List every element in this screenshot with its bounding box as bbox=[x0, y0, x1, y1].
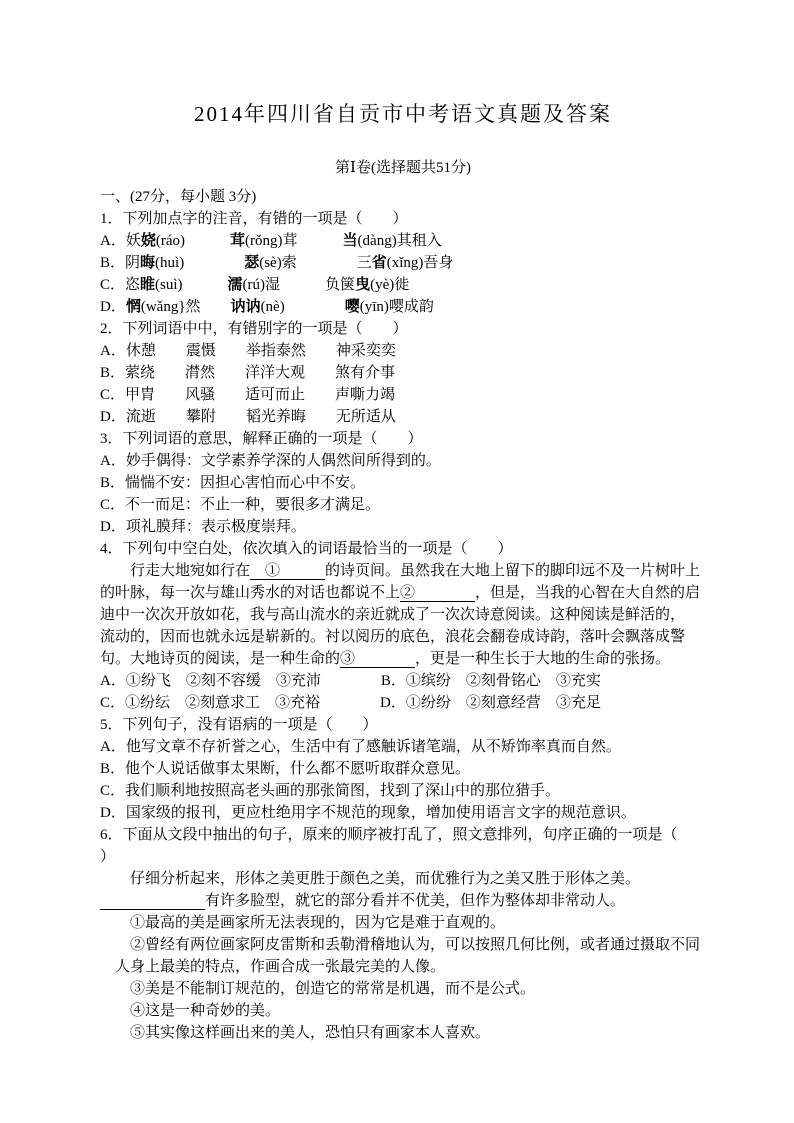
text-run: 1．下列加点字的注音，有错的一项是（ ） bbox=[100, 211, 408, 227]
text-run: A．①纷飞 ②刻不容缓 ③充沛 B．①缤纷 ②刻骨铭心 ③充实 bbox=[100, 673, 601, 689]
text-run: ①最高的美是画家所无法表现的，因为它是难于直观的。 bbox=[130, 915, 505, 931]
text-run: (huì) bbox=[155, 255, 244, 271]
text-run: 4．下列句中空白处，依次填入的词语最恰当的一项是（ ） bbox=[100, 541, 513, 557]
text-line: B．阴晦(huì) 瑟(sè)索 三省(xǐng)吾身 bbox=[100, 252, 706, 274]
text-run: ） bbox=[100, 849, 115, 865]
annotated-term: 晦 bbox=[140, 255, 155, 271]
annotated-term: 曳 bbox=[355, 277, 370, 293]
text-run: 迪中一次次开放如花，我与高山流水的亲近就成了一次次诗意阅读。这种阅读是鲜活的， bbox=[100, 607, 685, 623]
text-run: 句。大地诗页的阅读，是一种生命的 bbox=[100, 651, 340, 667]
text-run: A．妙手偶得：文学素养学深的人偶然间所得到的。 bbox=[100, 453, 441, 469]
text-run: (suì) bbox=[155, 277, 228, 293]
text-run: (ráo) bbox=[156, 233, 230, 249]
text-run: ④这是一种奇妙的美。 bbox=[130, 1003, 280, 1019]
text-line: ） bbox=[100, 846, 706, 868]
annotated-term: 瑟 bbox=[244, 255, 259, 271]
text-run: 行走大地宛如行在 bbox=[130, 563, 250, 579]
annotated-term: 嘤 bbox=[345, 299, 360, 315]
text-line: 1．下列加点字的注音，有错的一项是（ ） bbox=[100, 208, 706, 230]
text-run: A．他写文章不存祈誉之心，生活中有了感触诉诸笔端，从不矫饰率真而自然。 bbox=[100, 739, 621, 755]
text-run: C．不一而足：不止一种，要很多才满足。 bbox=[100, 497, 380, 513]
text-line: 有许多脸型，就它的部分看并不优美，但作为整体却非常动人。 bbox=[100, 890, 706, 912]
document-body: 一、(27分，每小题 3分)1．下列加点字的注音，有错的一项是（ ）A．妖娆(r… bbox=[100, 186, 706, 1044]
annotated-term: 当 bbox=[343, 233, 358, 249]
text-run: (yè)徙 bbox=[370, 277, 409, 293]
document-title: 2014年四川省自贡市中考语文真题及答案 bbox=[100, 100, 706, 128]
text-run: D．国家级的报刊，更应杜绝用字不规范的现象，增加使用语言文字的规范意识。 bbox=[100, 805, 636, 821]
annotated-term: 睢 bbox=[140, 277, 155, 293]
annotated-term: 惘 bbox=[126, 299, 141, 315]
text-run: A．休憩 震慑 举指泰然 神采奕奕 bbox=[100, 343, 396, 359]
text-run: 3．下列词语的意思，解释正确的一项是（ ） bbox=[100, 431, 423, 447]
text-run: (yīn)嘤成韵 bbox=[360, 299, 434, 315]
text-run: (nè) bbox=[261, 299, 345, 315]
text-line: 4．下列句中空白处，依次填入的词语最恰当的一项是（ ） bbox=[100, 538, 706, 560]
text-line: 流动的，因而也就永远是崭新的。衬以阅历的底色，浪花会翻卷成诗韵，落叶会飘落成警 bbox=[100, 626, 706, 648]
text-run: B．萦绕 潸然 洋洋大观 煞有介事 bbox=[100, 365, 395, 381]
text-line: 仔细分析起来，形体之美更胜于颜色之美，而优雅行为之美又胜于形体之美。 bbox=[100, 868, 706, 890]
text-run: B．他个人说话做事太果断，什么都不愿听取群众意见。 bbox=[100, 761, 470, 777]
text-line: ③美是不能制订规范的，创造它的常常是机遇，而不是公式。 bbox=[100, 978, 706, 1000]
fill-in-blank: ② bbox=[400, 585, 475, 602]
text-line: ⑤其实像这样画出来的美人，恐怕只有画家本人喜欢。 bbox=[100, 1022, 706, 1044]
text-line: C．恣睢(suì) 濡(rú)湿 负箧曳(yè)徙 bbox=[100, 274, 706, 296]
fill-in-blank: ③ bbox=[340, 651, 415, 668]
text-line: 5．下列句子，没有语病的一项是（ ） bbox=[100, 714, 706, 736]
text-run: ②曾经有两位画家阿皮雷斯和丢勒滑稽地认为，可以按照几何比例，或者通过摄取不同 bbox=[130, 937, 700, 953]
text-run: (rǒng)茸 bbox=[245, 233, 343, 249]
text-run: ，但是，当我的心智在大自然的启 bbox=[475, 585, 700, 601]
text-run: 的叶脉，每一次与雄山秀水的对话也都说不上 bbox=[100, 585, 400, 601]
text-run: 人身上最美的特点，作画合成一张最完美的人像。 bbox=[115, 959, 445, 975]
text-run: (dàng)其租入 bbox=[358, 233, 442, 249]
text-run: 5．下列句子，没有语病的一项是（ ） bbox=[100, 717, 378, 733]
text-run: C．甲胄 风骚 适可而止 声嘶力竭 bbox=[100, 387, 395, 403]
text-line: 行走大地宛如行在 ① 的诗页间。虽然我在大地上留下的脚印远不及一片树叶上 bbox=[100, 560, 706, 582]
text-line: B．惴惴不安：因担心害怕而心中不安。 bbox=[100, 472, 706, 494]
text-line: A．妖娆(ráo) 茸(rǒng)茸 当(dàng)其租入 bbox=[100, 230, 706, 252]
text-line: 人身上最美的特点，作画合成一张最完美的人像。 bbox=[100, 956, 706, 978]
text-run: B．阴 bbox=[100, 255, 140, 271]
text-line: 一、(27分，每小题 3分) bbox=[100, 186, 706, 208]
text-line: 句。大地诗页的阅读，是一种生命的③ ，更是一种生长于大地的生命的张扬。 bbox=[100, 648, 706, 670]
text-run: B．惴惴不安：因担心害怕而心中不安。 bbox=[100, 475, 365, 491]
text-run: D．项礼膜拜：表示极度崇拜。 bbox=[100, 519, 306, 535]
fill-in-blank: ① bbox=[250, 563, 325, 580]
text-run: 负箧 bbox=[325, 277, 355, 293]
text-run: 流动的，因而也就永远是崭新的。衬以阅历的底色，浪花会翻卷成诗韵，落叶会飘落成警 bbox=[100, 629, 685, 645]
text-run: (wǎng}然 bbox=[141, 299, 231, 315]
text-run: 的诗页间。虽然我在大地上留下的脚印远不及一片树叶上 bbox=[325, 563, 700, 579]
text-line: 3．下列词语的意思，解释正确的一项是（ ） bbox=[100, 428, 706, 450]
text-run: 有许多脸型，就它的部分看并不优美，但作为整体却非常动人。 bbox=[205, 893, 625, 909]
text-run: 6．下面从文段中抽出的句子，原来的顺序被打乱了，照文意排列，句序正确的一项是（ bbox=[100, 827, 678, 843]
text-run: D．流逝 攀附 韬光养晦 无所适从 bbox=[100, 409, 396, 425]
text-run: (xǐng)吾身 bbox=[387, 255, 454, 271]
text-line: C．甲胄 风骚 适可而止 声嘶力竭 bbox=[100, 384, 706, 406]
text-line: D．惘(wǎng}然 讷讷(nè) 嘤(yīn)嘤成韵 bbox=[100, 296, 706, 318]
text-line: ②曾经有两位画家阿皮雷斯和丢勒滑稽地认为，可以按照几何比例，或者通过摄取不同 bbox=[100, 934, 706, 956]
text-line: D．项礼膜拜：表示极度崇拜。 bbox=[100, 516, 706, 538]
text-run: ⑤其实像这样画出来的美人，恐怕只有画家本人喜欢。 bbox=[130, 1025, 490, 1041]
annotated-term: 省 bbox=[372, 255, 387, 271]
text-run: A．妖 bbox=[100, 233, 141, 249]
text-run: ③美是不能制订规范的，创造它的常常是机遇，而不是公式。 bbox=[130, 981, 535, 997]
text-run: D． bbox=[100, 299, 126, 315]
text-line: A．休憩 震慑 举指泰然 神采奕奕 bbox=[100, 340, 706, 362]
text-run: 2．下列词语中中，有错别字的一项是（ ） bbox=[100, 321, 408, 337]
text-line: C．不一而足：不止一种，要很多才满足。 bbox=[100, 494, 706, 516]
annotated-term: 茸 bbox=[230, 233, 245, 249]
text-run: 三 bbox=[357, 255, 372, 271]
text-line: D．国家级的报刊，更应杜绝用字不规范的现象，增加使用语言文字的规范意识。 bbox=[100, 802, 706, 824]
text-line: C．我们顺利地按照高老头画的那张简图，找到了深山中的那位猎手。 bbox=[100, 780, 706, 802]
annotated-term: 娆 bbox=[141, 233, 156, 249]
text-run: C．①纷纭 ②刻意求工 ③充裕 D．①纷纷 ②刻意经营 ③充足 bbox=[100, 695, 601, 711]
text-line: 2．下列词语中中，有错别字的一项是（ ） bbox=[100, 318, 706, 340]
text-run: ，更是一种生长于大地的生命的张扬。 bbox=[415, 651, 670, 667]
text-line: C．①纷纭 ②刻意求工 ③充裕 D．①纷纷 ②刻意经营 ③充足 bbox=[100, 692, 706, 714]
text-run: 仔细分析起来，形体之美更胜于颜色之美，而优雅行为之美又胜于形体之美。 bbox=[130, 871, 640, 887]
annotated-term: 讷讷 bbox=[231, 299, 261, 315]
text-line: 6．下面从文段中抽出的句子，原来的顺序被打乱了，照文意排列，句序正确的一项是（ bbox=[100, 824, 706, 846]
text-run: (sè)索 bbox=[259, 255, 357, 271]
text-run: C．恣 bbox=[100, 277, 140, 293]
text-line: A．妙手偶得：文学素养学深的人偶然间所得到的。 bbox=[100, 450, 706, 472]
text-line: D．流逝 攀附 韬光养晦 无所适从 bbox=[100, 406, 706, 428]
annotated-term: 濡 bbox=[228, 277, 243, 293]
fill-in-blank bbox=[100, 893, 205, 910]
section-header: 第Ⅰ卷(选择题共51分) bbox=[100, 157, 706, 179]
text-line: B．他个人说话做事太果断，什么都不愿听取群众意见。 bbox=[100, 758, 706, 780]
text-run: (rú)湿 bbox=[243, 277, 326, 293]
text-line: A．他写文章不存祈誉之心，生活中有了感触诉诸笔端，从不矫饰率真而自然。 bbox=[100, 736, 706, 758]
document-page: 2014年四川省自贡市中考语文真题及答案 第Ⅰ卷(选择题共51分) 一、(27分… bbox=[0, 0, 794, 1123]
text-line: 的叶脉，每一次与雄山秀水的对话也都说不上② ，但是，当我的心智在大自然的启 bbox=[100, 582, 706, 604]
text-line: ①最高的美是画家所无法表现的，因为它是难于直观的。 bbox=[100, 912, 706, 934]
text-line: A．①纷飞 ②刻不容缓 ③充沛 B．①缤纷 ②刻骨铭心 ③充实 bbox=[100, 670, 706, 692]
text-line: B．萦绕 潸然 洋洋大观 煞有介事 bbox=[100, 362, 706, 384]
text-run: 一、(27分，每小题 3分) bbox=[100, 189, 256, 205]
text-line: ④这是一种奇妙的美。 bbox=[100, 1000, 706, 1022]
text-line: 迪中一次次开放如花，我与高山流水的亲近就成了一次次诗意阅读。这种阅读是鲜活的， bbox=[100, 604, 706, 626]
text-run: C．我们顺利地按照高老头画的那张简图，找到了深山中的那位猎手。 bbox=[100, 783, 560, 799]
